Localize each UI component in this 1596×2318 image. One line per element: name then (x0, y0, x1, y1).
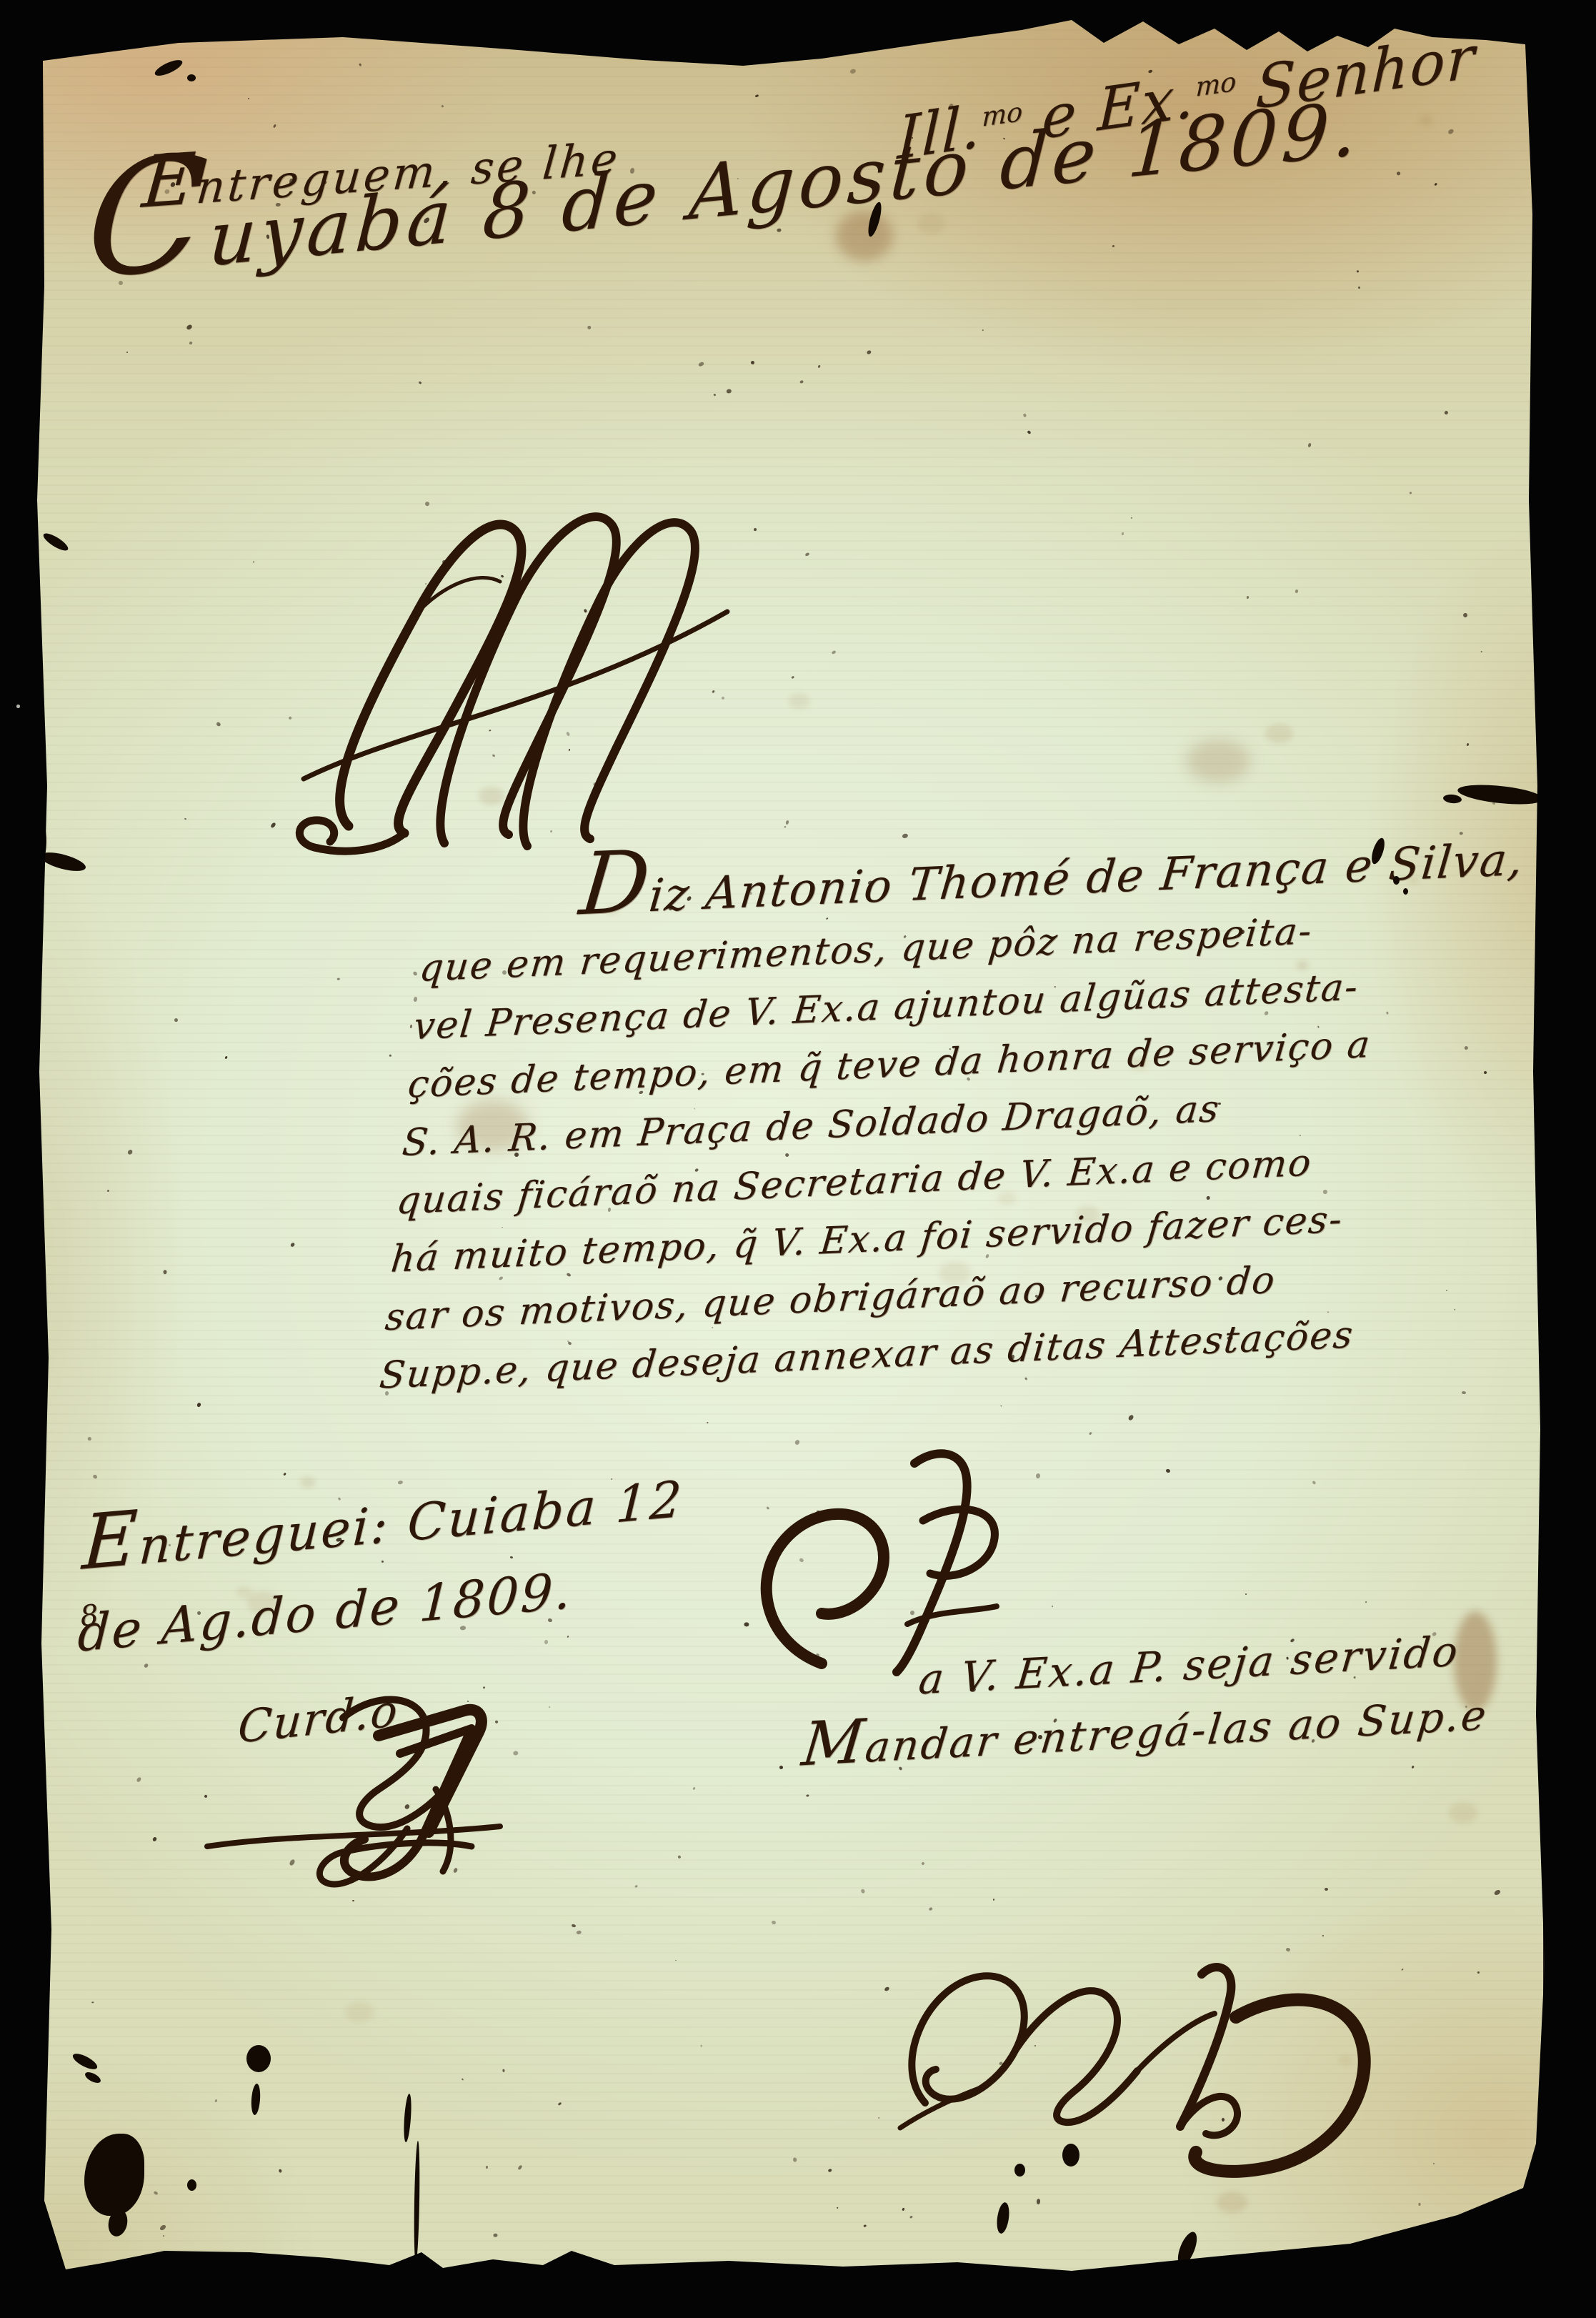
ink-blots-layer (34, 20, 1543, 2272)
decorative-spot (1014, 2164, 1025, 2177)
decorative-spot (187, 74, 196, 81)
decorative-spot (153, 57, 184, 79)
decorative-spot (1369, 837, 1387, 865)
decorative-spot (414, 2141, 421, 2262)
decorative-spot (84, 2134, 144, 2216)
decorative-spot (246, 2045, 271, 2072)
decorative-spot (1062, 2144, 1079, 2167)
decorative-spot (1393, 876, 1400, 885)
decorative-spot (995, 2202, 1011, 2234)
decorative-spot (84, 2070, 102, 2085)
manuscript-paper: Entreguem, se lhe Ill.mo e Ex.mo Senhor … (34, 20, 1543, 2272)
decorative-spot (71, 2051, 99, 2072)
decorative-spot (1442, 794, 1462, 805)
decorative-spot (250, 2084, 261, 2116)
decorative-spot (41, 530, 71, 553)
decorative-spot (1403, 888, 1408, 895)
decorative-spot (1457, 782, 1544, 807)
decorative-spot (866, 201, 884, 238)
decorative-spot (39, 849, 88, 875)
decorative-spot (187, 2179, 196, 2191)
scanned-manuscript: { "palette": { "scan_background": "#0404… (0, 0, 1596, 2318)
decorative-spot (16, 705, 20, 708)
decorative-spot (403, 2094, 413, 2142)
